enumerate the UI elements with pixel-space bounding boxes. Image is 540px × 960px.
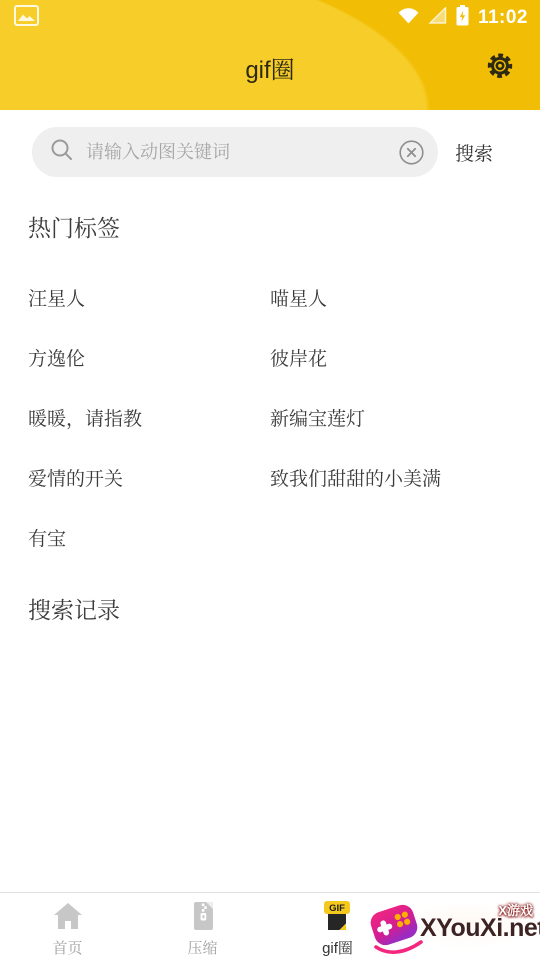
watermark-tag-text: X游戏 — [498, 900, 533, 919]
watermark-ad[interactable]: XYouXi.net X游戏 — [364, 896, 540, 958]
settings-gear-icon[interactable] — [484, 50, 516, 82]
hot-tag[interactable]: 新编宝莲灯 — [270, 387, 540, 447]
search-row: 搜索 — [32, 127, 540, 177]
status-bar: 11:02 — [0, 0, 540, 36]
battery-charging-icon — [456, 5, 469, 31]
tab-label: 首页 — [52, 940, 82, 957]
tab-label: 压缩 — [187, 940, 217, 957]
image-notification-icon — [14, 5, 39, 31]
hot-tag[interactable]: 喵星人 — [270, 267, 540, 327]
hot-tag[interactable]: 致我们甜甜的小美满 — [270, 447, 540, 507]
zip-file-icon — [186, 899, 220, 938]
tab-label: gif圈 — [322, 940, 353, 957]
status-time: 11:02 — [478, 7, 528, 29]
search-history-title: 搜索记录 — [28, 597, 540, 623]
home-icon — [51, 899, 85, 938]
tab-compress[interactable]: 压缩 — [135, 893, 270, 960]
search-input[interactable] — [84, 141, 389, 164]
search-button[interactable]: 搜索 — [455, 139, 493, 166]
signal-icon — [428, 7, 447, 29]
app-screen: 11:02 gif圈 — [0, 0, 540, 960]
hot-tag[interactable]: 暖暖，请指教 — [28, 387, 270, 447]
hot-tag[interactable]: 汪星人 — [28, 267, 270, 327]
hot-tag[interactable]: 方逸伦 — [28, 327, 270, 387]
hot-tag[interactable]: 彼岸花 — [270, 327, 540, 387]
magnifier-icon — [49, 137, 75, 168]
hot-tag[interactable]: 有宝 — [28, 507, 270, 567]
app-bar: 11:02 gif圈 — [0, 0, 540, 110]
wifi-icon — [398, 7, 419, 29]
hot-tags-grid: 汪星人 喵星人 方逸伦 彼岸花 暖暖，请指教 新编宝莲灯 爱情的开关 致我们甜甜… — [28, 267, 540, 567]
gif-file-icon: GIF — [321, 899, 355, 938]
gif-badge-text: GIF — [329, 903, 345, 914]
hot-tag[interactable]: 爱情的开关 — [28, 447, 270, 507]
clear-circle-icon[interactable] — [398, 139, 425, 166]
game-controller-icon — [364, 897, 424, 960]
tab-home[interactable]: 首页 — [0, 893, 135, 960]
hot-tags-title: 热门标签 — [28, 215, 540, 241]
page-title: gif圈 — [245, 50, 294, 85]
title-bar: gif圈 — [0, 36, 540, 98]
search-box[interactable] — [32, 127, 438, 177]
